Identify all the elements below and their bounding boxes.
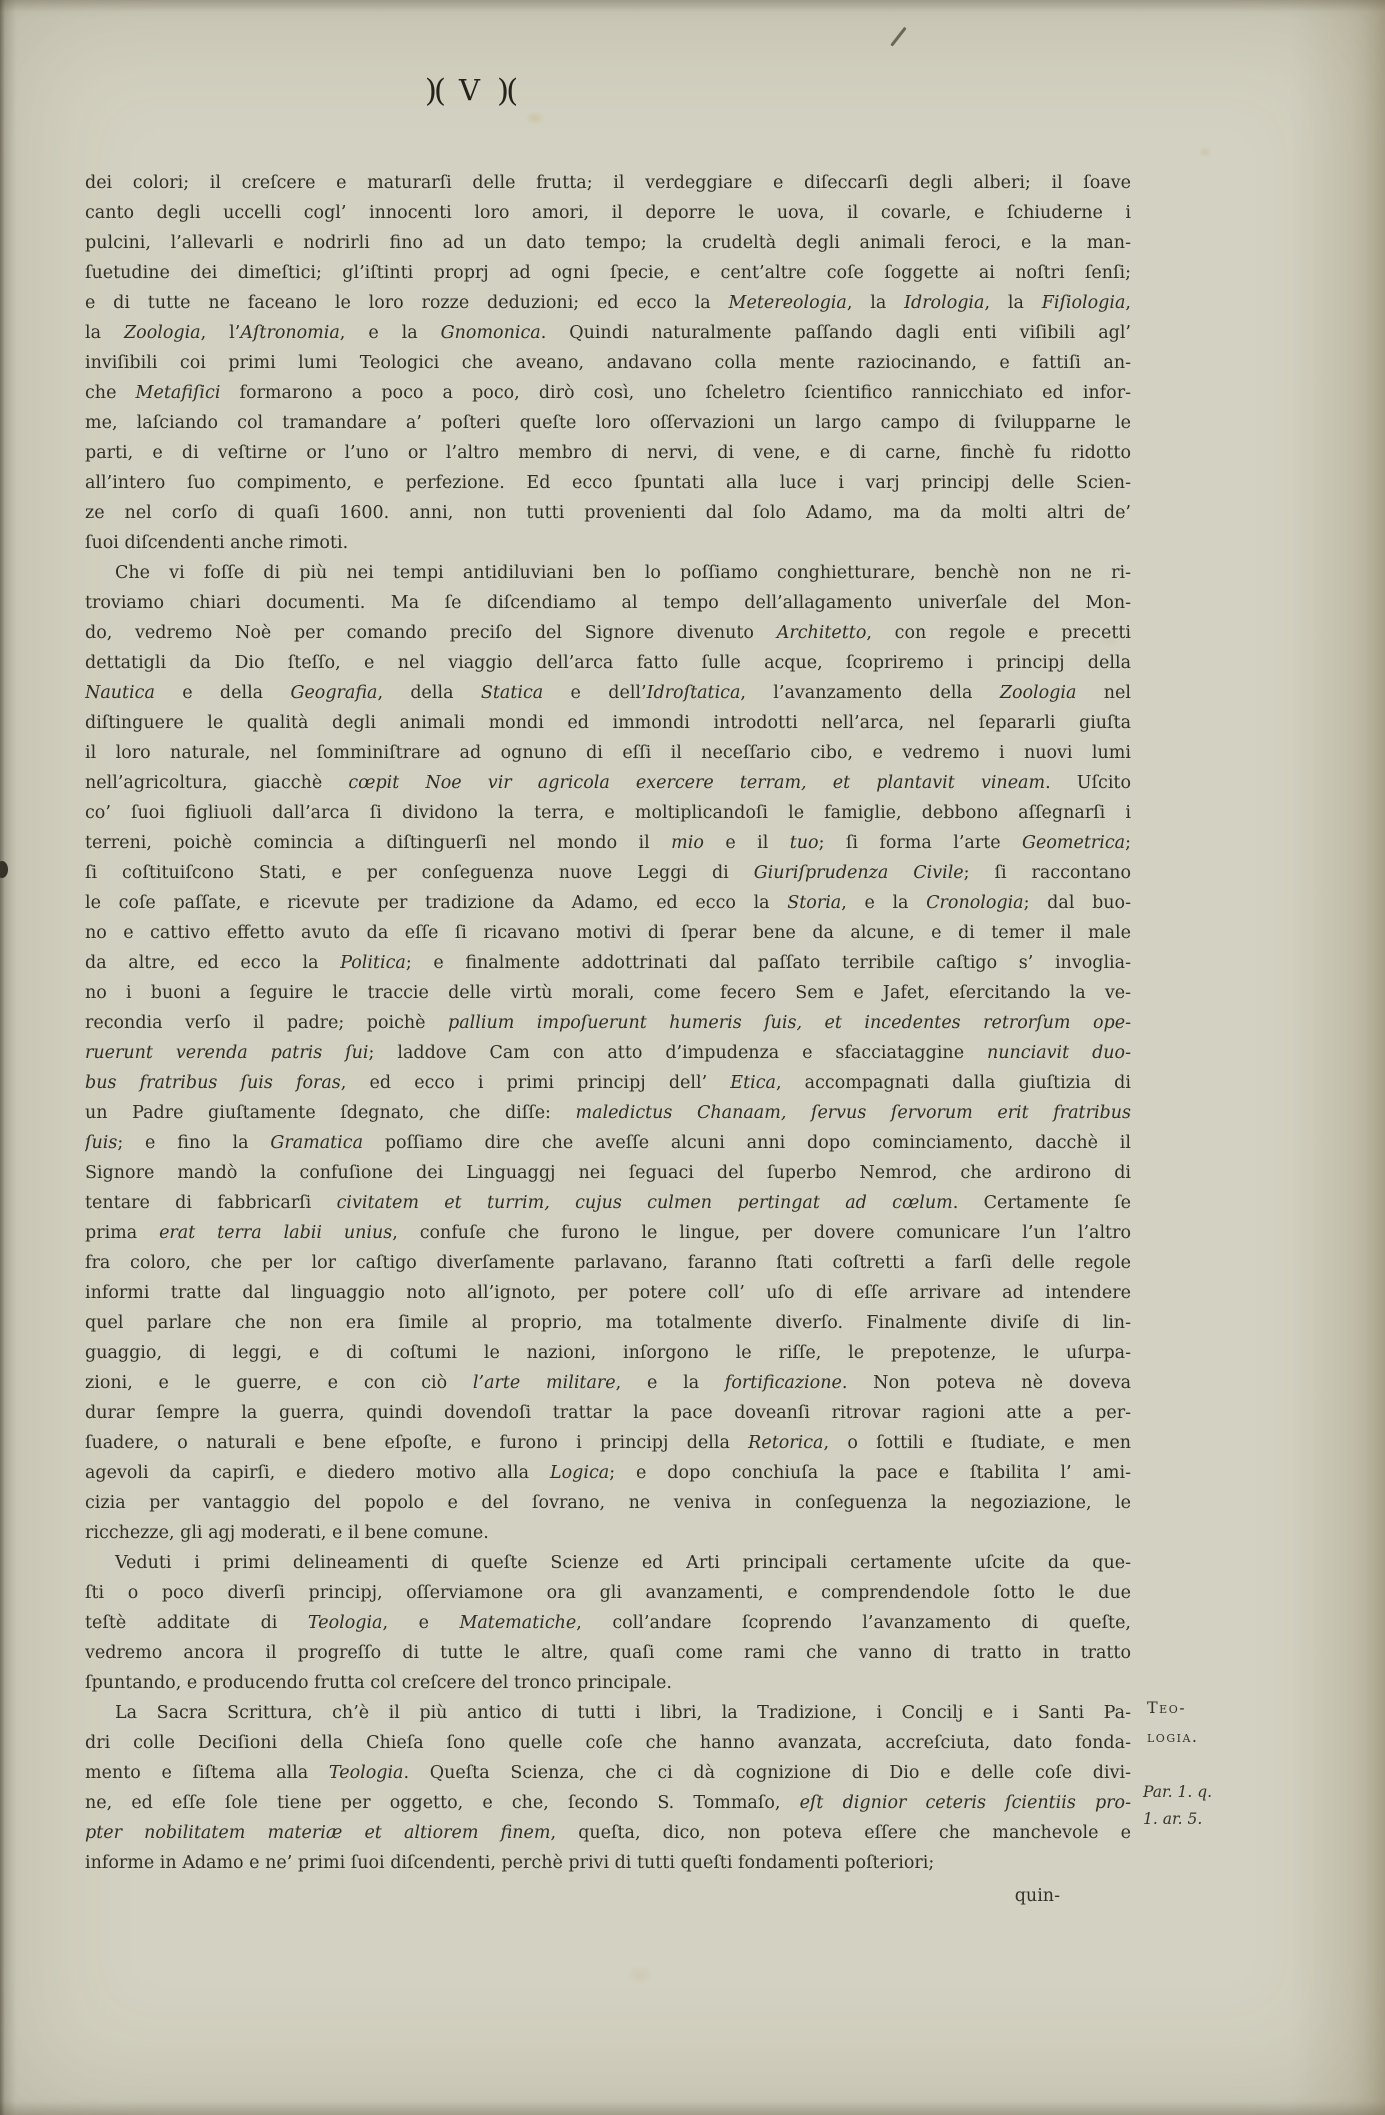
text-line: le coſe paſſate, e ricevute per tradizio… [85, 888, 1131, 918]
text-line: informi tratte dal linguaggio noto all’i… [85, 1278, 1131, 1308]
text-line: pulcini, l’allevarli e nodrirli fino ad … [85, 228, 1131, 258]
catchword: quin- [85, 1886, 1060, 1906]
text-line: nell’agricoltura, giacchè cœpit Noe vir … [85, 768, 1131, 798]
text-line: Veduti i primi delineamenti di queſte Sc… [85, 1548, 1131, 1578]
text-line: Che vi foſſe di più nei tempi antidiluvi… [85, 558, 1131, 588]
text-line: che Metafiſici formarono a poco a poco, … [85, 378, 1131, 408]
text-line: dri colle Deciſioni della Chieſa ſono qu… [85, 1728, 1131, 1758]
text-line: il loro naturale, nel ſomminiſtrare ad o… [85, 738, 1131, 768]
text-line: vedremo ancora il progreſſo di tutte le … [85, 1638, 1131, 1668]
text-line: ſuoi diſcendenti anche rimoti. [85, 528, 1131, 558]
text-line: co’ ſuoi figliuoli dall’arca ſi dividono… [85, 798, 1131, 828]
text-line: ſuis; e fino la Gramatica poſſiamo dire … [85, 1128, 1131, 1158]
ink-speck-icon [0, 861, 8, 878]
margin-note-line: logia. [1147, 1722, 1277, 1751]
text-line: ricchezze, gli agj moderati, e il bene c… [85, 1518, 1131, 1548]
text-line: Signore mandò la confuſione dei Linguagg… [85, 1158, 1131, 1188]
text-line: ſi coſtituiſcono Stati, e per conſeguenz… [85, 858, 1131, 888]
paragraph: Che vi foſſe di più nei tempi antidiluvi… [85, 558, 1131, 1548]
text-line: la Zoologia, l’Aſtronomia, e la Gnomonic… [85, 318, 1131, 348]
text-line: informe in Adamo e ne’ primi ſuoi diſcen… [85, 1848, 1131, 1878]
text-line: parti, e di veſtirne or l’uno or l’altro… [85, 438, 1131, 468]
text-line: fra coloro, che per lor caſtigo diverſam… [85, 1248, 1131, 1278]
text-line: durar ſempre la guerra, quindi dovendoſi… [85, 1398, 1131, 1428]
text-line: agevoli da capirſi, e diedero motivo all… [85, 1458, 1131, 1488]
body-text: dei colori; il creſcere e maturarſi dell… [85, 168, 1131, 1878]
text-line: Nautica e della Geografia, della Statica… [85, 678, 1131, 708]
pen-mark-icon [890, 27, 906, 47]
paragraph: Veduti i primi delineamenti di queſte Sc… [85, 1548, 1131, 1698]
text-line: dettatigli da Dio ſteſſo, e nel viaggio … [85, 648, 1131, 678]
text-line: da altre, ed ecco la Politica; e finalme… [85, 948, 1131, 978]
text-line: cizia per vantaggio del popolo e del ſov… [85, 1488, 1131, 1518]
paragraph: La Sacra Scrittura, ch’è il più antico d… [85, 1698, 1131, 1878]
header-right-ornament-icon: )( [497, 73, 515, 109]
text-line: quel parlare che non era ſimile al propr… [85, 1308, 1131, 1338]
text-line: prima erat terra labii unius, confuſe ch… [85, 1218, 1131, 1248]
text-line: La Sacra Scrittura, ch’è il più antico d… [85, 1698, 1131, 1728]
text-line: terreni, poichè comincia a diſtinguerſi … [85, 828, 1131, 858]
text-line: ne, ed eſſe ſole tiene per oggetto, e ch… [85, 1788, 1131, 1818]
text-line: all’intero ſuo compimento, e perfezione.… [85, 468, 1131, 498]
text-line: ſti o poco diverſi principj, oſſerviamon… [85, 1578, 1131, 1608]
paragraph: dei colori; il creſcere e maturarſi dell… [85, 168, 1131, 558]
header-left-ornament-icon: )( [425, 73, 443, 109]
text-line: e di tutte ne faceano le loro rozze dedu… [85, 288, 1131, 318]
text-line: ſpuntando, e producendo frutta col creſc… [85, 1668, 1131, 1698]
text-line: diſtinguere le qualità degli animali mon… [85, 708, 1131, 738]
text-line: mento e ſiſtema alla Teologia. Queſta Sc… [85, 1758, 1131, 1788]
text-line: do, vedremo Noè per comando preciſo del … [85, 618, 1131, 648]
text-line: bus fratribus ſuis foras, ed ecco i prim… [85, 1068, 1131, 1098]
margin-note-teologia: Teo-logia. [1147, 1693, 1277, 1751]
text-line: ſuetudine dei dimeſtici; gl’iſtinti prop… [85, 258, 1131, 288]
text-line: ruerunt verenda patris ſui; laddove Cam … [85, 1038, 1131, 1068]
text-line: me, laſciando col tramandare a’ poſteri … [85, 408, 1131, 438]
margin-note-line: Teo- [1147, 1693, 1277, 1722]
text-line: ze nel corſo di quaſi 1600. anni, non tu… [85, 498, 1131, 528]
text-line: guaggio, di leggi, e di coſtumi le nazio… [85, 1338, 1131, 1368]
page-scan: )(V)( dei colori; il creſcere e maturarſ… [0, 0, 1385, 2115]
text-line: pter nobilitatem materiæ et altiorem fin… [85, 1818, 1131, 1848]
text-line: no e cattivo effetto avuto da eſſe ſi ri… [85, 918, 1131, 948]
text-line: inviſibili coi primi lumi Teologici che … [85, 348, 1131, 378]
text-line: ſuadere, o naturali e bene eſpoſte, e fu… [85, 1428, 1131, 1458]
text-line: teſtè additate di Teologia, e Matematich… [85, 1608, 1131, 1638]
text-line: tentare di fabbricarſi civitatem et turr… [85, 1188, 1131, 1218]
margin-note-line: Par. 1. q. [1143, 1779, 1283, 1806]
text-line: no i buoni a ſeguire le traccie delle vi… [85, 978, 1131, 1008]
text-line: recondia verſo il padre; poichè pallium … [85, 1008, 1131, 1038]
text-line: canto degli uccelli cogl’ innocenti loro… [85, 198, 1131, 228]
margin-note-line: 1. ar. 5. [1143, 1806, 1283, 1833]
text-line: un Padre giuſtamente ſdegnato, che diſſe… [85, 1098, 1131, 1128]
page-number: V [459, 73, 481, 107]
page-header: )(V)( [0, 72, 940, 108]
text-line: zioni, e le guerre, e con ciò l’arte mil… [85, 1368, 1131, 1398]
text-line: dei colori; il creſcere e maturarſi dell… [85, 168, 1131, 198]
margin-note-citation: Par. 1. q.1. ar. 5. [1143, 1779, 1283, 1833]
text-line: troviamo chiari documenti. Ma ſe diſcend… [85, 588, 1131, 618]
